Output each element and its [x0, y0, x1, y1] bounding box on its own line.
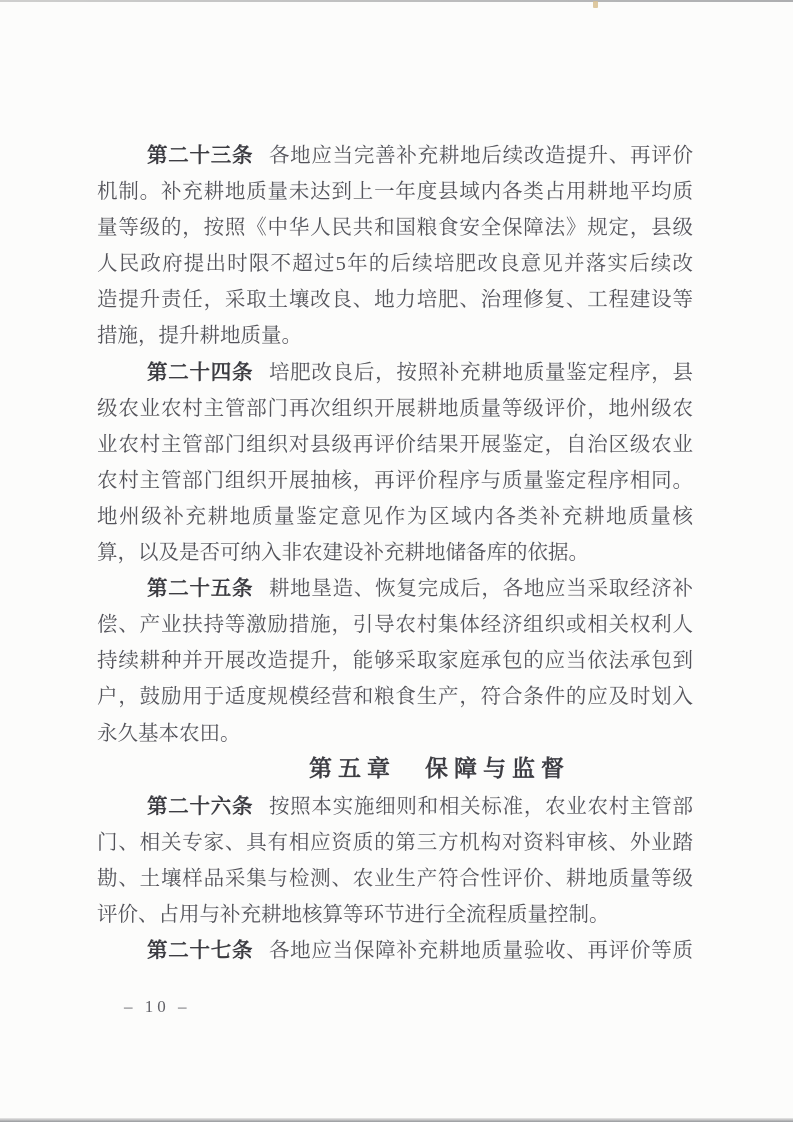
article-number: 第二十三条	[147, 145, 253, 167]
article-number: 第二十五条	[147, 578, 253, 600]
article-line: 造提升责任，采取土壤改良、地力培肥、治理修复、工程建设等	[97, 282, 693, 318]
chapter-heading: 第五章 保障与监督	[97, 750, 693, 786]
article-line: 评价、占用与补充耕地核算等环节进行全流程质量控制。	[97, 897, 693, 933]
article-line: 机制。补充耕地质量未达到上一年度县域内各类占用耕地平均质	[97, 174, 693, 210]
article-line: 户，鼓励用于适度规模经营和粮食生产，符合条件的应及时划入	[97, 679, 693, 715]
scan-speck-artifact	[593, 1, 598, 8]
article-line: 级农业农村主管部门再次组织开展耕地质量等级评价，地州级农	[97, 391, 693, 427]
article-line: 业农村主管部门组织对县级再评价结果开展鉴定，自治区级农业	[97, 427, 693, 463]
document-content: 第二十三条各地应当完善补充耕地后续改造提升、再评价机制。补充耕地质量未达到上一年…	[97, 138, 693, 969]
article-number: 第二十四条	[147, 362, 253, 384]
article-first-line: 第二十六条按照本实施细则和相关标准，农业农村主管部	[97, 789, 693, 825]
article-line: 持续耕种并开展改造提升，能够采取家庭承包的应当依法承包到	[97, 643, 693, 679]
article-line: 地州级补充耕地质量鉴定意见作为区域内各类补充耕地质量核	[97, 499, 693, 535]
article-first-line: 第二十七条各地应当保障补充耕地质量验收、再评价等质	[97, 933, 693, 969]
article-number: 第二十六条	[147, 796, 253, 818]
article-number: 第二十七条	[147, 940, 253, 962]
scan-edge-top-artifact	[0, 0, 793, 2]
article-line: 人民政府提出时限不超过5年的后续培肥改良意见并落实后续改	[97, 246, 693, 282]
scan-edge-bottom-artifact	[0, 1118, 793, 1122]
article-line: 措施，提升耕地质量。	[97, 318, 693, 354]
page-number: – 10 –	[124, 997, 191, 1017]
article-first-line: 第二十三条各地应当完善补充耕地后续改造提升、再评价	[97, 138, 693, 174]
article-line: 偿、产业扶持等激励措施，引导农村集体经济组织或相关权利人	[97, 607, 693, 643]
article-first-line: 第二十四条培肥改良后，按照补充耕地质量鉴定程序，县	[97, 355, 693, 391]
article-line: 算，以及是否可纳入非农建设补充耕地储备库的依据。	[97, 535, 693, 571]
article-line: 勘、土壤样品采集与检测、农业生产符合性评价、耕地质量等级	[97, 861, 693, 897]
article-line: 量等级的，按照《中华人民共和国粮食安全保障法》规定，县级	[97, 210, 693, 246]
article-line: 农村主管部门组织开展抽核，再评价程序与质量鉴定程序相同。	[97, 463, 693, 499]
article-line: 门、相关专家、具有相应资质的第三方机构对资料审核、外业踏	[97, 825, 693, 861]
article-line: 永久基本农田。	[97, 716, 693, 752]
article-first-line: 第二十五条耕地垦造、恢复完成后，各地应当采取经济补	[97, 571, 693, 607]
document-page: 第二十三条各地应当完善补充耕地后续改造提升、再评价机制。补充耕地质量未达到上一年…	[0, 0, 793, 1122]
